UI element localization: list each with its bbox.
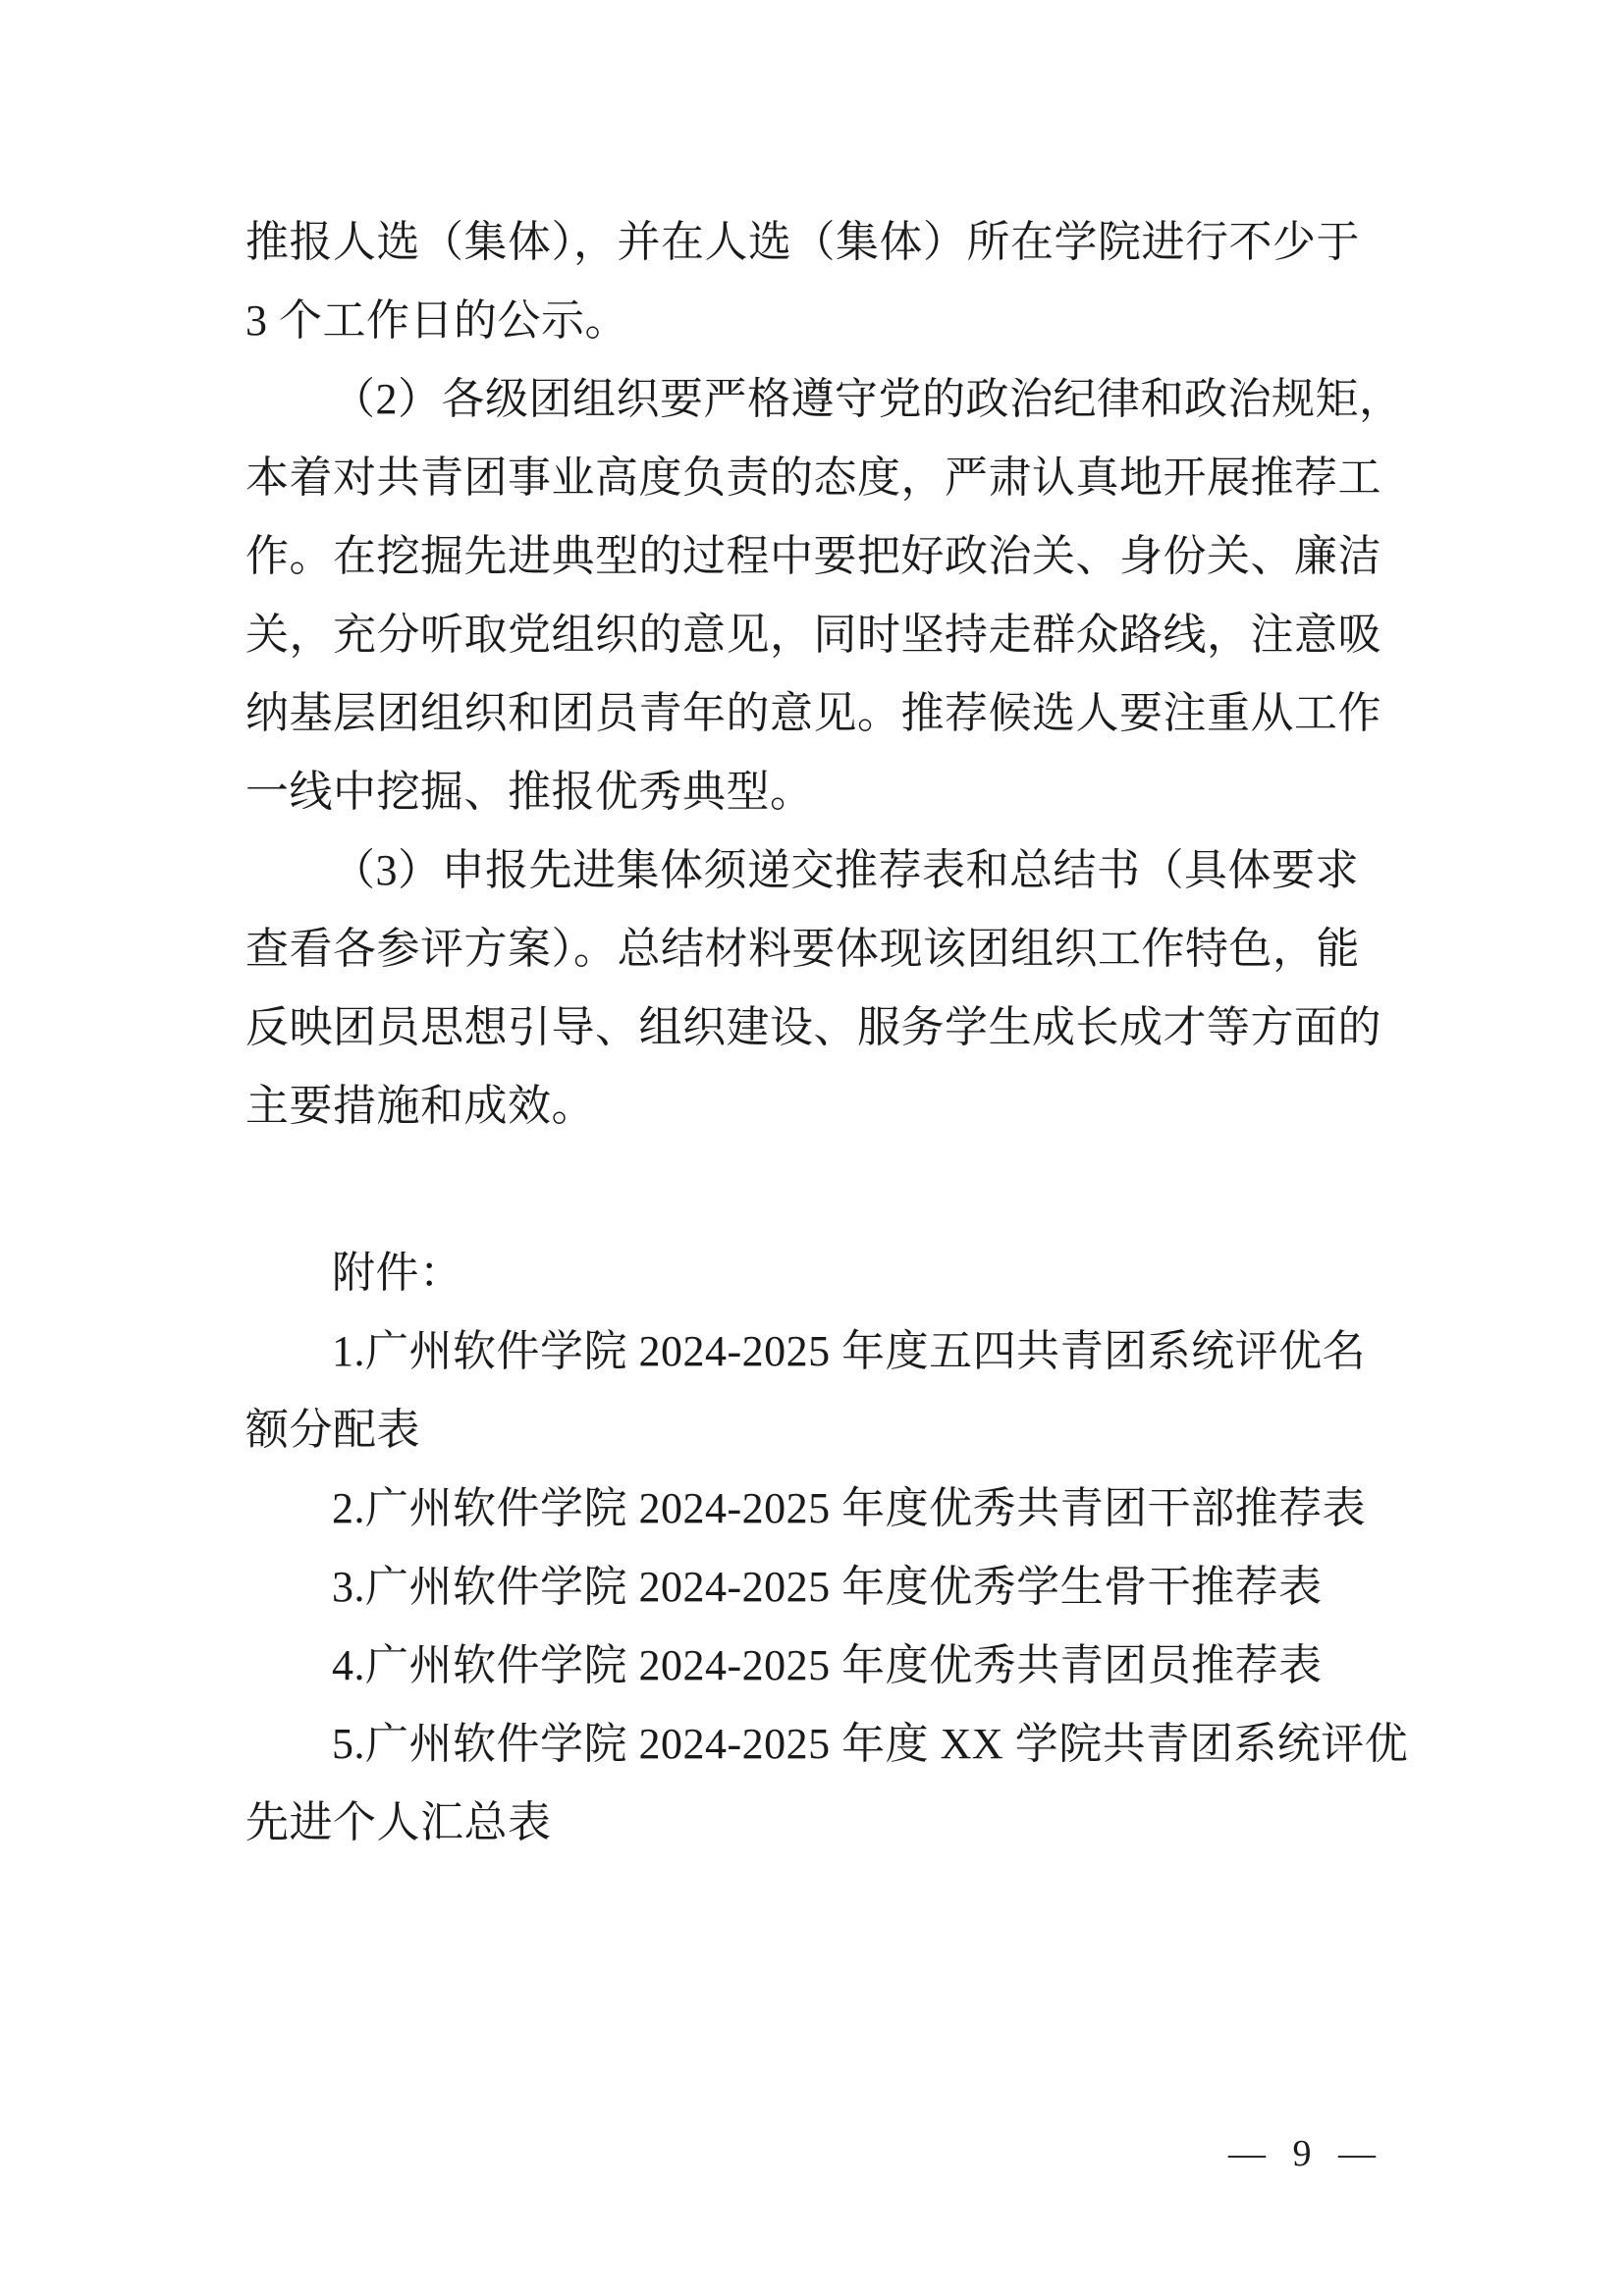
document-line: 本着对共青团事业高度负责的态度，严肃认真地开展推荐工 (245, 439, 1379, 517)
attachment-item-line: 额分配表 (245, 1391, 1379, 1469)
attachment-item-line: 3.广州软件学院 2024-2025 年度优秀学生骨干推荐表 (245, 1548, 1379, 1627)
document-line: 一线中挖掘、推报优秀典型。 (245, 753, 1379, 831)
document-line: 推报人选（集体），并在人选（集体）所在学院进行不少于 (245, 203, 1379, 282)
attachment-items: 1.广州软件学院 2024-2025 年度五四共青团系统评优名额分配表2.广州软… (245, 1312, 1379, 1862)
document-line: （3）申报先进集体须递交推荐表和总结书（具体要求 (245, 831, 1379, 910)
attachments-section: 附件： 1.广州软件学院 2024-2025 年度五四共青团系统评优名额分配表2… (245, 1234, 1379, 1862)
document-line: 3 个工作日的公示。 (245, 282, 1379, 360)
document-line: 关，充分听取党组织的意见，同时坚持走群众路线，注意吸 (245, 596, 1379, 674)
page-number: — 9 — (1228, 2132, 1378, 2175)
document-line: （2）各级团组织要严格遵守党的政治纪律和政治规矩， (245, 360, 1379, 439)
body-paragraphs: 推报人选（集体），并在人选（集体）所在学院进行不少于3 个工作日的公示。（2）各… (245, 203, 1379, 1146)
document-line: 作。在挖掘先进典型的过程中要把好政治关、身份关、廉洁 (245, 517, 1379, 596)
attachments-label: 附件： (245, 1234, 1379, 1312)
attachment-item-line: 1.广州软件学院 2024-2025 年度五四共青团系统评优名 (245, 1312, 1379, 1391)
document-line: 主要措施和成效。 (245, 1067, 1379, 1146)
document-text-block: 推报人选（集体），并在人选（集体）所在学院进行不少于3 个工作日的公示。（2）各… (245, 203, 1379, 1862)
document-line: 反映团员思想引导、组织建设、服务学生成长成才等方面的 (245, 988, 1379, 1067)
attachment-item-line: 先进个人汇总表 (245, 1784, 1379, 1862)
document-line: 查看各参评方案）。总结材料要体现该团组织工作特色，能 (245, 910, 1379, 988)
document-line: 纳基层团组织和团员青年的意见。推荐候选人要注重从工作 (245, 674, 1379, 753)
attachment-item-line: 5.广州软件学院 2024-2025 年度 XX 学院共青团系统评优 (245, 1705, 1379, 1784)
document-page: 推报人选（集体），并在人选（集体）所在学院进行不少于3 个工作日的公示。（2）各… (0, 0, 1624, 2296)
attachment-item-line: 2.广州软件学院 2024-2025 年度优秀共青团干部推荐表 (245, 1469, 1379, 1548)
attachment-item-line: 4.广州软件学院 2024-2025 年度优秀共青团员推荐表 (245, 1627, 1379, 1705)
